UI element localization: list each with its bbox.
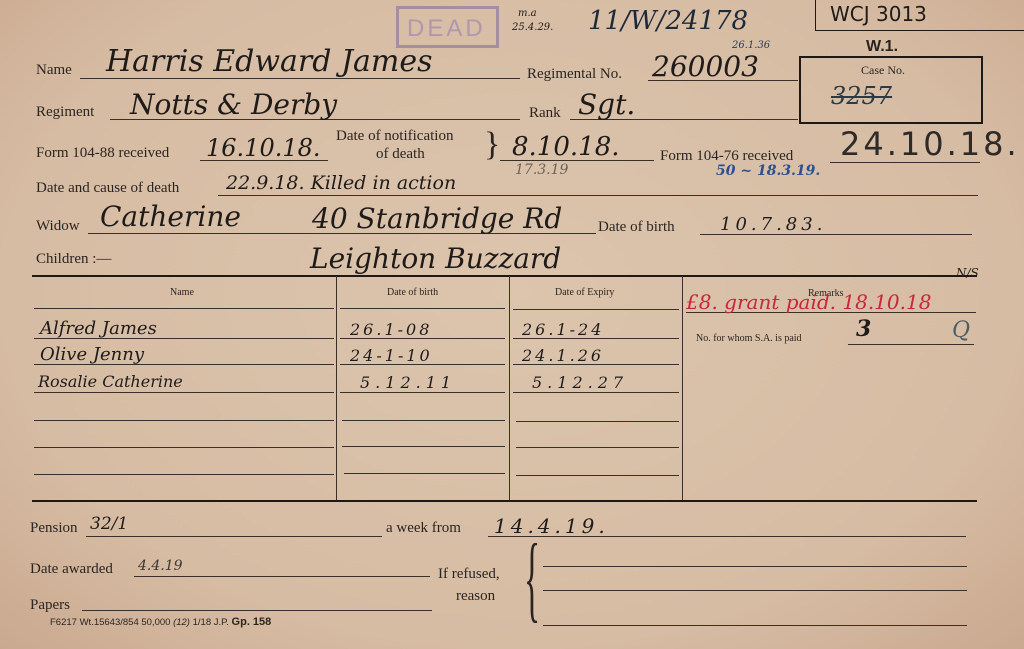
child-3-name: Rosalie Catherine [38,372,183,391]
name-value: Harris Edward James [106,44,433,79]
stamp-note-initials: m.a [518,8,537,19]
regimental-no-label: Regimental No. [527,66,622,83]
sa-label: No. for whom S.A. is paid [696,333,802,344]
reference-code: WCJ 3013 [830,2,927,26]
sa-value: 3 [856,316,871,342]
form-10488-value: 16.10.18. [206,134,321,162]
notification-brace: } [484,126,500,164]
if-refused-label: If refused, [438,566,500,583]
form-code: W.1. [866,38,898,56]
papers-label: Papers [30,597,70,614]
death-label: Date and cause of death [36,180,179,197]
regimental-no-value: 260003 [652,50,759,83]
printer-run: (12) [173,617,190,628]
name-label: Name [36,62,72,79]
rank-value: Sgt. [578,88,635,121]
notification-label-2: of death [376,146,425,163]
sa-initials: Q [952,318,970,343]
child-2-name: Olive Jenny [40,344,144,365]
nls-note: N/S [956,266,979,280]
widow-address-line-1: 40 Stanbridge Rd [312,202,562,235]
dead-stamp: DEAD [396,6,499,48]
child-1-expiry: 26.1-24 [522,320,604,339]
widow-address-line-2: Leighton Buzzard [310,242,561,275]
widow-dob-value: 10.7.83. [720,214,826,235]
children-col-dob-header: Date of birth [387,287,438,298]
file-number: 11/W/24178 [588,6,748,36]
printer-code: F6217 Wt.15643/854 50,000 [50,617,170,628]
regiment-value: Notts & Derby [130,88,337,121]
children-col-expiry-header: Date of Expiry [555,287,614,298]
remarks-grant-note: £8. grant paid. 18.10.18 [686,290,931,314]
notification-label-1: Date of notification [336,128,453,145]
child-3-dob: 5.12.11 [360,373,456,392]
case-number-box: Case No. 3257 [799,56,983,124]
pension-record-card: DEAD m.a 25.4.29. 11/W/24178 26.1.36 WCJ… [0,0,1024,649]
case-number-value: 3257 [831,82,892,110]
printer-imprint: F6217 Wt.15643/854 50,000 (12) 1/18 J.P.… [50,616,271,628]
form-10488-label: Form 104-88 received [36,145,169,162]
case-number-label: Case No. [861,63,905,78]
stamp-note-date: 25.4.29. [512,22,553,33]
printer-group: Gp. 158 [232,616,272,628]
rank-label: Rank [529,105,561,122]
refused-brace: { [524,530,540,626]
form-10476-value: 24.10.18. [840,125,1020,163]
notification-sub-date: 17.3.19 [515,162,568,178]
printer-date: 1/18 J.P. [193,617,229,628]
child-1-dob: 26.1-08 [350,320,432,339]
child-3-expiry: 5.12.27 [532,373,628,392]
child-2-dob: 24-1-10 [350,346,433,365]
pension-value: 32/1 [90,514,128,534]
week-from-value: 14.4.19. [494,514,609,538]
child-1-name: Alfred James [40,318,157,339]
reason-label: reason [456,588,495,605]
date-awarded-value: 4.4.19 [138,558,183,574]
notification-value: 8.10.18. [512,132,620,162]
widow-dob-label: Date of birth [598,219,675,236]
widow-label: Widow [36,218,80,235]
children-col-name-header: Name [170,287,194,298]
child-2-expiry: 24.1.26 [522,346,604,365]
death-value: 22.9.18. Killed in action [226,172,456,194]
regiment-label: Regiment [36,104,94,121]
pension-label: Pension [30,520,78,537]
form-10476-sub-note: 50 ~ 18.3.19. [716,163,820,179]
date-awarded-label: Date awarded [30,561,113,578]
widow-name: Catherine [100,200,241,233]
children-label: Children :— [36,251,111,268]
week-from-label: a week from [386,520,461,537]
